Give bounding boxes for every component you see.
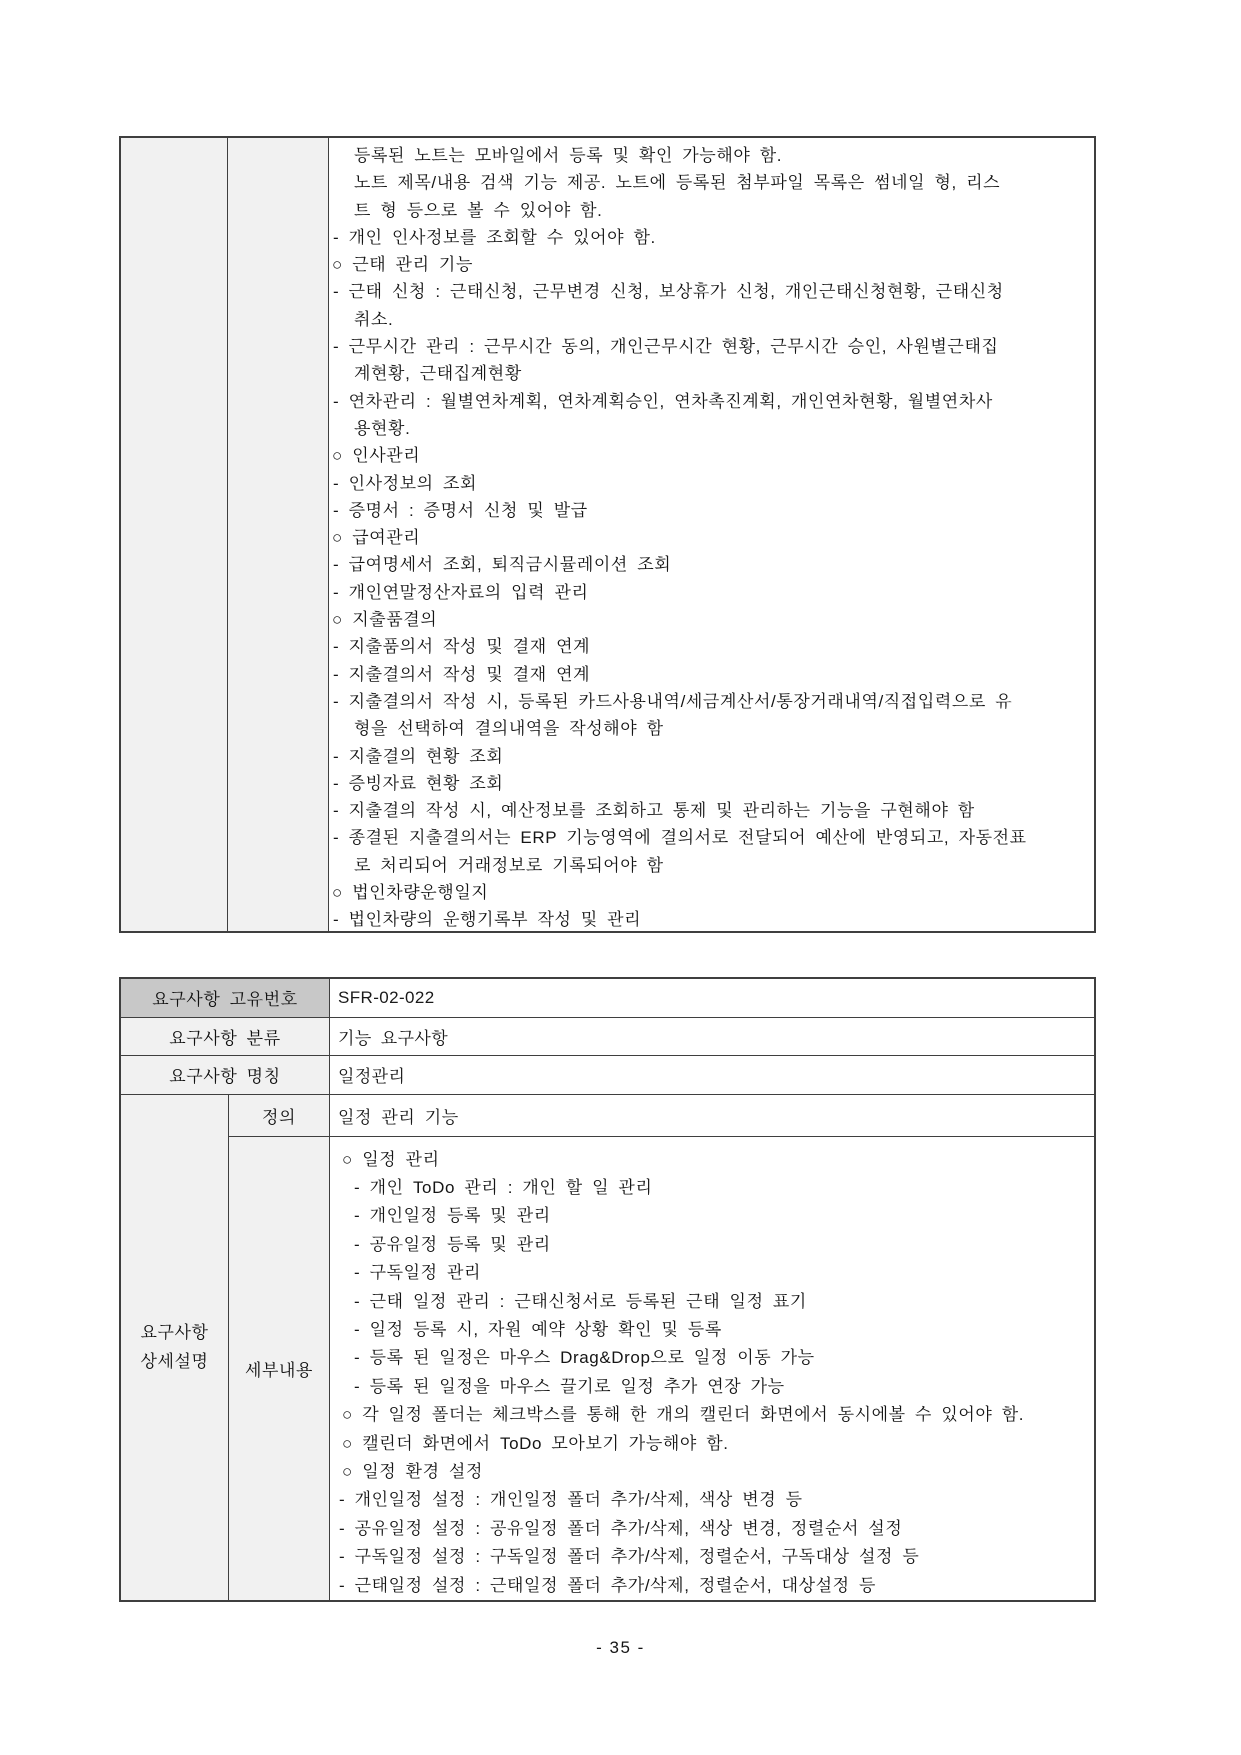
requirement-id-label: 요구사항 고유번호 [121,979,330,1017]
text-line: - 근태일정 설정 : 근태일정 폴더 추가/삭제, 정렬순서, 대상설정 등 [330,1572,1088,1600]
text-line: - 등록 된 일정은 마우스 Drag&Drop으로 일정 이동 가능 [330,1344,1088,1372]
text-line: - 지출품의서 작성 및 결재 연계 [329,633,1088,660]
text-line: - 연차관리 : 월별연차계획, 연차계획승인, 연차촉진계획, 개인연차현황,… [329,388,1088,415]
text-line: ○ 법인차량운행일지 [329,879,1088,906]
detail-section-label-line2: 상세설명 [140,1347,208,1376]
text-line: ○ 근태 관리 기능 [329,251,1088,278]
text-line: 등록된 노트는 모바일에서 등록 및 확인 가능해야 함. [329,142,1088,169]
requirement-id-value: SFR-02-022 [330,979,1094,1017]
detail-section-body: 정의 일정 관리 기능 세부내용 ○ 일정 관리- 개인 ToDo 관리 : 개… [229,1095,1094,1601]
definition-value: 일정 관리 기능 [330,1095,1094,1136]
text-line: - 법인차량의 운행기록부 작성 및 관리 [329,906,1088,931]
text-line: - 등록 된 일정을 마우스 끌기로 일정 추가 연장 가능 [330,1373,1088,1401]
text-line: 트 형 등으로 볼 수 있어야 함. [329,197,1088,224]
text-line: ○ 일정 관리 [330,1146,1088,1174]
text-line: - 근무시간 관리 : 근무시간 동의, 개인근무시간 현황, 근무시간 승인,… [329,333,1088,360]
text-line: - 개인일정 등록 및 관리 [330,1202,1088,1230]
requirement-table: 요구사항 고유번호 SFR-02-022 요구사항 분류 기능 요구사항 요구사… [119,977,1096,1602]
detail-section-label: 요구사항 상세설명 [121,1095,229,1601]
definition-label: 정의 [229,1095,330,1136]
requirement-detail-table-continued: 등록된 노트는 모바일에서 등록 및 확인 가능해야 함.노트 제목/내용 검색… [119,136,1096,933]
text-line: - 개인 인사정보를 조회할 수 있어야 함. [329,224,1088,251]
text-line: - 지출결의서 작성 및 결재 연계 [329,661,1088,688]
detail-sub-spacer-cell [228,138,329,931]
text-line: - 구독일정 관리 [330,1259,1088,1287]
text-line: - 근태 신청 : 근태신청, 근무변경 신청, 보상휴가 신청, 개인근태신청… [329,278,1088,305]
text-line: ○ 지출품결의 [329,606,1088,633]
text-line: 취소. [329,306,1088,333]
table-row: 요구사항 명칭 일정관리 [121,1056,1094,1095]
text-line: - 급여명세서 조회, 퇴직금시뮬레이션 조회 [329,551,1088,578]
page-number: - 35 - [0,1638,1241,1658]
table-row: 요구사항 분류 기능 요구사항 [121,1018,1094,1057]
text-line: 노트 제목/내용 검색 기능 제공. 노트에 등록된 첨부파일 목록은 썸네일 … [329,169,1088,196]
text-line: ○ 일정 환경 설정 [330,1458,1088,1486]
text-line: - 개인일정 설정 : 개인일정 폴더 추가/삭제, 색상 변경 등 [330,1486,1088,1514]
requirement-category-value: 기능 요구사항 [330,1018,1094,1056]
text-line: - 개인연말정산자료의 입력 관리 [329,579,1088,606]
details-label: 세부내용 [229,1137,330,1601]
text-line: - 구독일정 설정 : 구독일정 폴더 추가/삭제, 정렬순서, 구독대상 설정… [330,1543,1088,1571]
text-line: 용현황. [329,415,1088,442]
text-line: ○ 캘린더 화면에서 ToDo 모아보기 가능해야 함. [330,1430,1088,1458]
text-line: - 지출결의 현황 조회 [329,743,1088,770]
requirement-name-value: 일정관리 [330,1056,1094,1094]
text-line: - 증명서 : 증명서 신청 및 발급 [329,497,1088,524]
text-line: ○ 급여관리 [329,524,1088,551]
text-line: - 종결된 지출결의서는 ERP 기능영역에 결의서로 전달되어 예산에 반영되… [329,824,1088,851]
details-row: 세부내용 ○ 일정 관리- 개인 ToDo 관리 : 개인 할 일 관리- 개인… [229,1137,1094,1601]
text-line: 형을 선택하여 결의내역을 작성해야 함 [329,715,1088,742]
text-line: - 일정 등록 시, 자원 예약 상황 확인 및 등록 [330,1316,1088,1344]
text-line: - 근태 일정 관리 : 근태신청서로 등록된 근태 일정 표기 [330,1288,1088,1316]
requirement-name-label: 요구사항 명칭 [121,1056,330,1094]
details-content-cell: ○ 일정 관리- 개인 ToDo 관리 : 개인 할 일 관리- 개인일정 등록… [330,1137,1094,1601]
text-line: - 공유일정 등록 및 관리 [330,1231,1088,1259]
definition-row: 정의 일정 관리 기능 [229,1095,1094,1137]
text-line: - 지출결의 작성 시, 예산정보를 조회하고 통제 및 관리하는 기능을 구현… [329,797,1088,824]
detail-section-label-line1: 요구사항 [140,1318,208,1347]
text-line: - 지출결의서 작성 시, 등록된 카드사용내역/세금계산서/통장거래내역/직접… [329,688,1088,715]
text-line: 로 처리되어 거래정보로 기록되어야 함 [329,852,1088,879]
text-line: - 증빙자료 현황 조회 [329,770,1088,797]
detail-left-spacer-cell [121,138,228,931]
text-line: - 개인 ToDo 관리 : 개인 할 일 관리 [330,1174,1088,1202]
text-line: 계현황, 근태집계현황 [329,360,1088,387]
text-line: - 공유일정 설정 : 공유일정 폴더 추가/삭제, 색상 변경, 정렬순서 설… [330,1515,1088,1543]
requirement-category-label: 요구사항 분류 [121,1018,330,1056]
detail-content-cell: 등록된 노트는 모바일에서 등록 및 확인 가능해야 함.노트 제목/내용 검색… [329,138,1094,931]
table-row: 요구사항 고유번호 SFR-02-022 [121,979,1094,1018]
text-line: ○ 인사관리 [329,442,1088,469]
text-line: - 인사정보의 조회 [329,470,1088,497]
text-line: ○ 각 일정 폴더는 체크박스를 통해 한 개의 캘린더 화면에서 동시에볼 수… [330,1401,1088,1429]
requirement-detail-section: 요구사항 상세설명 정의 일정 관리 기능 세부내용 ○ 일정 관리- 개인 T… [121,1095,1094,1601]
